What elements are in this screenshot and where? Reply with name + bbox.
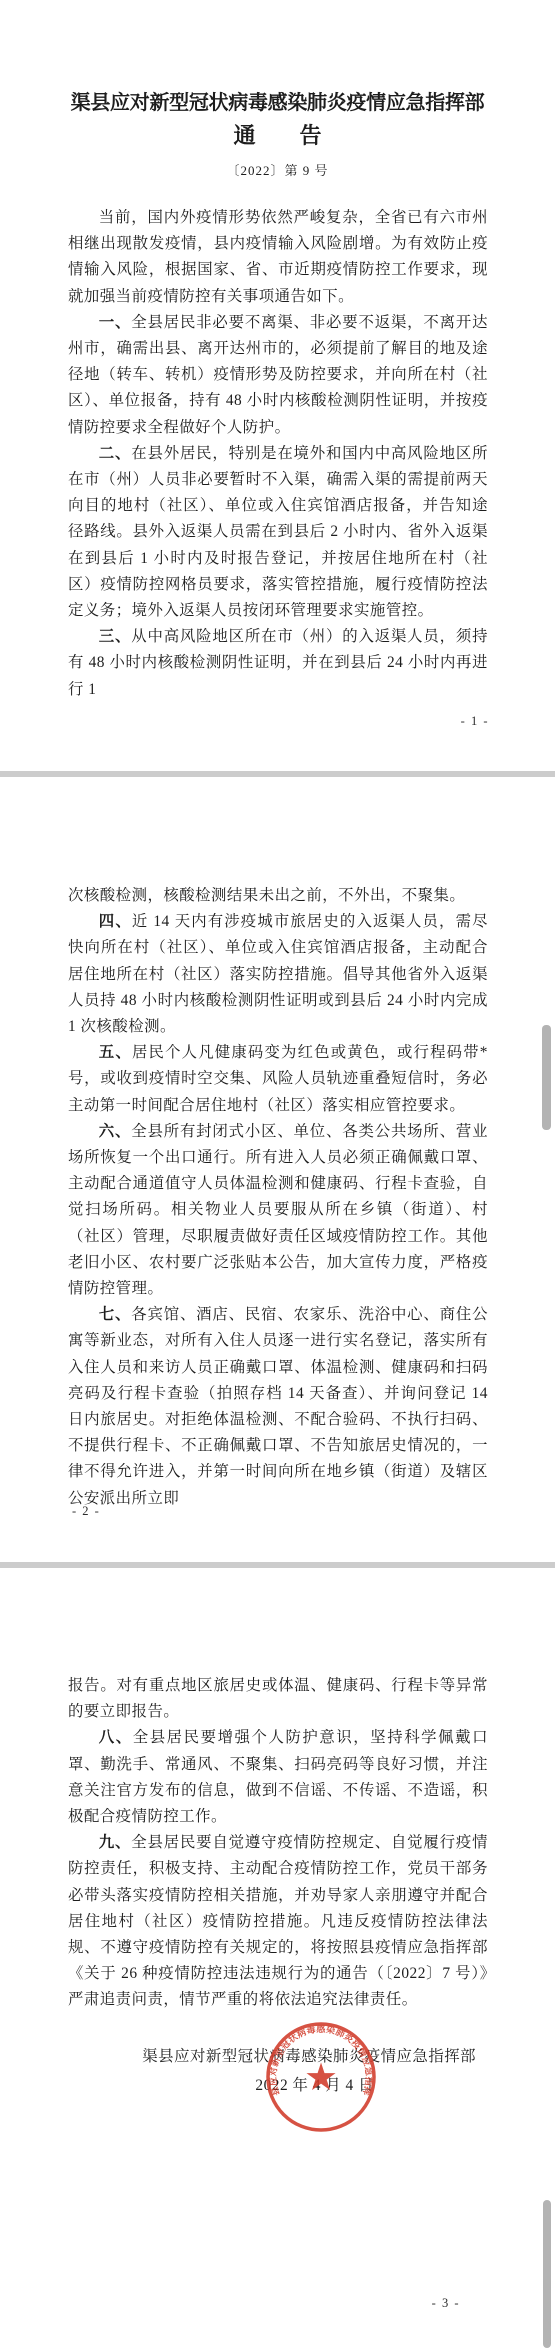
page-3-body: 报告。对有重点地区旅居史或体温、健康码、行程卡等异常的要立即报告。八、全县居民要…	[68, 1568, 488, 2014]
paragraph-lead: 三、	[99, 628, 131, 645]
paragraph: 九、全县居民要自觉遵守疫情防控规定、自觉履行疫情防控责任，积极支持、主动配合疫情…	[68, 1830, 488, 2013]
paragraph: 七、各宾馆、酒店、民宿、农家乐、洗浴中心、商住公寓等新业态，对所有入住人员逐一进…	[68, 1302, 488, 1512]
paragraph: 三、从中高风险地区所在市（州）的入返渠人员，须持有 48 小时内核酸检测阴性证明…	[68, 624, 488, 703]
paragraph-text: 从中高风险地区所在市（州）的入返渠人员，须持有 48 小时内核酸检测阴性证明，并…	[68, 628, 488, 697]
page-2: 次核酸检测，核酸检测结果未出之前，不外出，不聚集。四、近 14 天内有涉疫城市旅…	[0, 777, 555, 1562]
paragraph-text: 全县所有封闭式小区、单位、各类公共场所、营业场所恢复一个出口通行。所有进入人员必…	[68, 1123, 488, 1297]
paragraph-lead: 五、	[99, 1044, 132, 1061]
paragraph-text: 全县居民非必要不离渠、非必要不返渠，不离开达州市，确需出县、离开达州市的，必须提…	[68, 314, 488, 436]
paragraph: 四、近 14 天内有涉疫城市旅居史的入返渠人员，需尽快向所在村（社区）、单位或入…	[68, 909, 488, 1040]
paragraph-lead: 八、	[99, 1729, 133, 1746]
document-header: 渠县应对新型冠状病毒感染肺炎疫情应急指挥部 通 告 〔2022〕第 9 号	[0, 0, 555, 179]
paragraph: 报告。对有重点地区旅居史或体温、健康码、行程卡等异常的要立即报告。	[68, 1673, 488, 1725]
paragraph-lead: 二、	[99, 445, 131, 462]
signature-date: 2022 年 4 月 4 日	[0, 2073, 555, 2095]
paragraph: 一、全县居民非必要不离渠、非必要不返渠，不离开达州市，确需出县、离开达州市的，必…	[68, 310, 488, 441]
paragraph: 八、全县居民要增强个人防护意识，坚持科学佩戴口罩、勤洗手、常通风、不聚集、扫码亮…	[68, 1725, 488, 1830]
document-number: 〔2022〕第 9 号	[0, 160, 555, 179]
document-issuer: 渠县应对新型冠状病毒感染肺炎疫情应急指挥部	[0, 86, 555, 115]
paragraph: 六、全县所有封闭式小区、单位、各类公共场所、营业场所恢复一个出口通行。所有进入人…	[68, 1119, 488, 1302]
paragraph: 次核酸检测，核酸检测结果未出之前，不外出，不聚集。	[68, 883, 488, 909]
page-number: - 2 -	[72, 1504, 100, 1519]
paragraph-text: 当前，国内外疫情形势依然严峻复杂，全省已有六市州相继出现散发疫情，县内疫情输入风…	[68, 209, 488, 305]
paragraph-text: 各宾馆、酒店、民宿、农家乐、洗浴中心、商住公寓等新业态，对所有入住人员逐一进行实…	[68, 1306, 488, 1506]
document-viewer: 渠县应对新型冠状病毒感染肺炎疫情应急指挥部 通 告 〔2022〕第 9 号 当前…	[0, 0, 555, 2348]
paragraph-text: 全县居民要自觉遵守疫情防控规定、自觉履行疫情防控责任，积极支持、主动配合疫情防控…	[68, 1834, 488, 2008]
paragraph-text: 居民个人凡健康码变为红色或黄色，或行程码带*号，或收到疫情时空交集、风险人员轨迹…	[68, 1044, 488, 1113]
page-1-body: 当前，国内外疫情形势依然严峻复杂，全省已有六市州相继出现散发疫情，县内疫情输入风…	[68, 205, 488, 703]
page-3: 报告。对有重点地区旅居史或体温、健康码、行程卡等异常的要立即报告。八、全县居民要…	[0, 1568, 555, 2348]
paragraph: 二、在县外居民，特别是在境外和国内中高风险地区所在市（州）人员非必要暂时不入渠，…	[68, 441, 488, 624]
page-number: - 1 -	[461, 714, 489, 729]
paragraph: 当前，国内外疫情形势依然严峻复杂，全省已有六市州相继出现散发疫情，县内疫情输入风…	[68, 205, 488, 310]
paragraph-text: 近 14 天内有涉疫城市旅居史的入返渠人员，需尽快向所在村（社区）、单位或入住宾…	[68, 913, 488, 1035]
scrollbar-thumb[interactable]	[543, 2200, 551, 2348]
paragraph-lead: 九、	[99, 1834, 131, 1851]
paragraph-lead: 一、	[99, 314, 131, 331]
paragraph-lead: 七、	[99, 1306, 131, 1323]
signature-org: 渠县应对新型冠状病毒感染肺炎疫情应急指挥部	[0, 2044, 555, 2066]
paragraph-lead: 六、	[99, 1123, 131, 1140]
paragraph-lead: 四、	[99, 913, 132, 930]
scrollbar-thumb[interactable]	[542, 1025, 551, 1130]
paragraph-text: 在县外居民，特别是在境外和国内中高风险地区所在市（州）人员非必要暂时不入渠，确需…	[68, 445, 488, 619]
paragraph-text: 次核酸检测，核酸检测结果未出之前，不外出，不聚集。	[68, 887, 465, 904]
paragraph: 五、居民个人凡健康码变为红色或黄色，或行程码带*号，或收到疫情时空交集、风险人员…	[68, 1040, 488, 1119]
page-number: - 3 -	[432, 2296, 460, 2311]
page-1: 渠县应对新型冠状病毒感染肺炎疫情应急指挥部 通 告 〔2022〕第 9 号 当前…	[0, 0, 555, 771]
document-title: 通 告	[0, 119, 555, 150]
paragraph-text: 报告。对有重点地区旅居史或体温、健康码、行程卡等异常的要立即报告。	[68, 1677, 488, 1720]
page-2-body: 次核酸检测，核酸检测结果未出之前，不外出，不聚集。四、近 14 天内有涉疫城市旅…	[68, 777, 488, 1512]
